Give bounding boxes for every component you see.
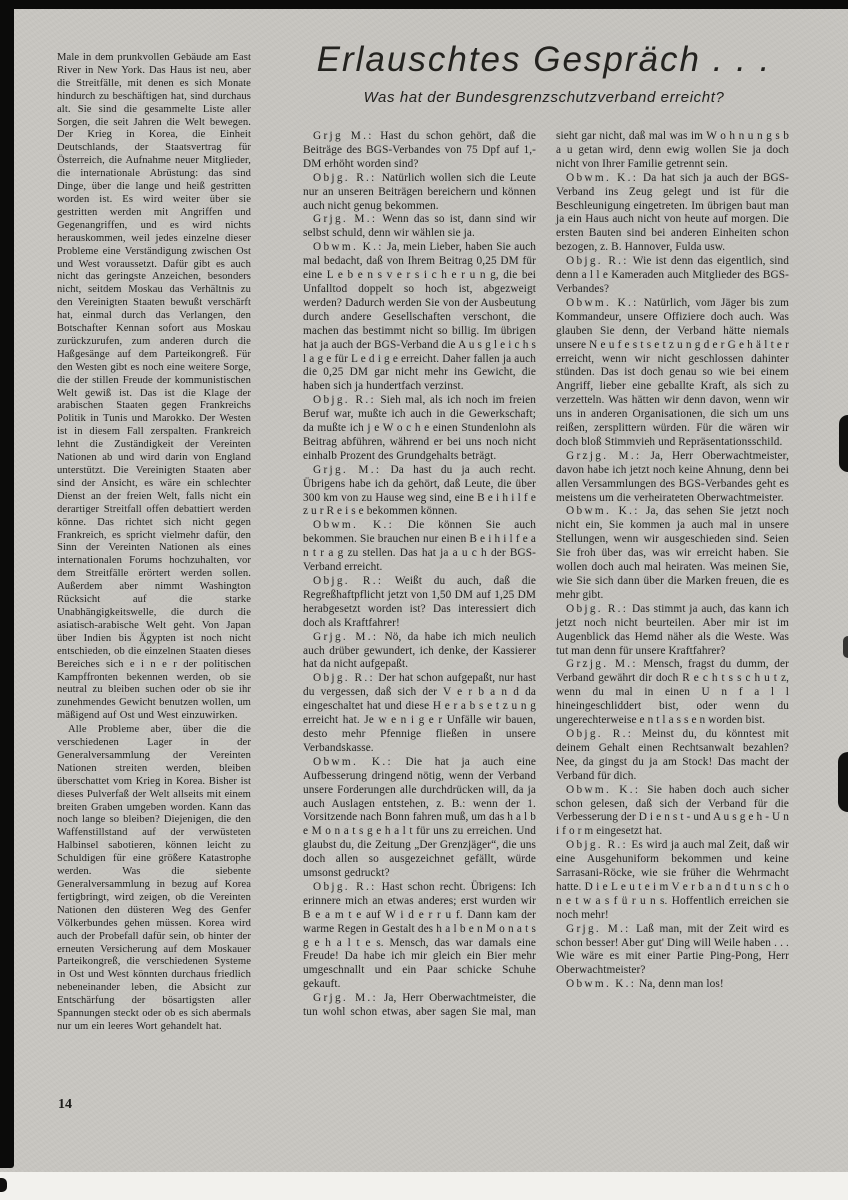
article-paragraph: Male in dem prunkvollen Gebäude am East … <box>57 52 251 723</box>
scan-edge-left <box>0 0 14 1168</box>
dialogue-speaker: Grzjg. M.: <box>566 450 641 462</box>
dialogue-speaker: Objg. R.: <box>313 172 377 184</box>
dialogue-speaker: Obwm. K.: <box>313 241 384 253</box>
dialogue-paragraph: Objg. R.: Das stimmt ja auch, das kann i… <box>556 603 789 659</box>
dialogue-speaker: Obwm. K.: <box>313 519 394 531</box>
dialogue-speaker: Obwm. K.: <box>313 756 393 768</box>
dialogue-speaker: Obwm. K.: <box>566 297 639 309</box>
dialogue-paragraph: Obwm. K.: Die hat ja auch eine Aufbesser… <box>303 756 536 881</box>
scan-binding-mark <box>0 1178 7 1192</box>
left-article-column: Male in dem prunkvollen Gebäude am East … <box>57 52 251 1034</box>
scan-binding-mark <box>838 752 848 812</box>
dialogue-paragraph: Obwm. K.: Die können Sie auch bekommen. … <box>303 519 536 575</box>
dialogue-paragraph: Objg. R.: Es wird ja auch mal Zeit, daß … <box>556 839 789 922</box>
dialogue-speaker: Grjg M.: <box>313 130 374 142</box>
dialogue-speaker: Grjg. M.: <box>313 213 377 225</box>
dialogue-paragraph: Obwm. K.: Na, denn man los! <box>556 978 789 992</box>
dialogue-speaker: Objg. R.: <box>313 575 383 587</box>
dialogue-speaker: Obwm. K.: <box>566 978 636 990</box>
dialogue-text: Der hat schon aufgepaßt, nur hast du ver… <box>303 672 536 754</box>
scan-edge-top <box>0 0 848 9</box>
dialogue-paragraph: Objg. R.: Meinst du, du könntest mit dei… <box>556 728 789 784</box>
dialogue-paragraph: Objg. R.: Sieh mal, als ich noch im frei… <box>303 394 536 464</box>
dialogue-paragraph: Grjg. M.: Wenn das so ist, dann sind wir… <box>303 213 536 241</box>
dialogue-text: Na, denn man los! <box>639 978 724 990</box>
dialogue-paragraph: Obwm. K.: Ja, das sehen Sie jetzt noch n… <box>556 505 789 602</box>
dialogue-paragraph: Grjg. M.: Nö, da habe ich mich neulich a… <box>303 631 536 673</box>
dialogue-paragraph: Objg. R.: Hast schon recht. Übrigens: Ic… <box>303 881 536 992</box>
dialogue-paragraph: Grjg. M.: Laß man, mit der Zeit wird es … <box>556 923 789 979</box>
dialogue-speaker: Objg. R.: <box>566 255 629 267</box>
page-title: Erlauschtes Gespräch . . . <box>298 40 790 80</box>
dialogue-speaker: Grjg. M.: <box>566 923 631 935</box>
dialogue-paragraph: Objg. R.: Wie ist denn das eigentlich, s… <box>556 255 789 297</box>
dialogue-text: Es wird ja auch mal Zeit, daß wir eine A… <box>556 839 789 921</box>
dialogue-text: Ja, mein Lieber, haben Sie auch mal beda… <box>303 241 536 392</box>
dialogue-speaker: Objg. R.: <box>566 603 628 615</box>
dialogue-speaker: Grzjg. M.: <box>566 658 638 670</box>
dialogue-speaker: Objg. R.: <box>313 881 377 893</box>
dialogue-paragraph: Grjg. M.: Da hast du ja auch recht. Übri… <box>303 464 536 520</box>
dialogue-text: Hast schon recht. Übrigens: Ich erinnere… <box>303 881 536 990</box>
dialogue-speaker: Objg. R.: <box>313 672 375 684</box>
article-header: Erlauschtes Gespräch . . . Was hat der B… <box>298 40 790 106</box>
dialogue-paragraph: Grjg M.: Hast du schon gehört, daß die B… <box>303 130 536 172</box>
scanned-magazine-page: Male in dem prunkvollen Gebäude am East … <box>0 0 848 1200</box>
dialogue-speaker: Grjg. M.: <box>313 992 378 1004</box>
dialogue-paragraph: Grzjg. M.: Mensch, fragst du dumm, der V… <box>556 658 789 728</box>
dialogue-speaker: Obwm. K.: <box>566 505 640 517</box>
dialogue-paragraph: Objg. R.: Der hat schon aufgepaßt, nur h… <box>303 672 536 755</box>
dialogue-paragraph: Objg. R.: Natürlich wollen sich die Leut… <box>303 172 536 214</box>
dialogue-speaker: Objg. R.: <box>566 728 633 740</box>
dialogue-paragraph: Obwm. K.: Ja, mein Lieber, haben Sie auc… <box>303 241 536 394</box>
dialogue-text: Die hat ja auch eine Aufbesserung dringe… <box>303 756 536 879</box>
dialogue-columns: Grjg M.: Hast du schon gehört, daß die B… <box>303 130 789 1125</box>
dialogue-text: Natürlich, vom Jäger bis zum Kommandeur,… <box>556 297 789 448</box>
dialogue-text: Ja, das sehen Sie jetzt noch nicht ein, … <box>556 505 789 600</box>
dialogue-speaker: Grjg. M.: <box>313 631 378 643</box>
article-paragraph: Alle Probleme aber, über die die verschi… <box>57 724 251 1034</box>
dialogue-paragraph: Obwm. K.: Sie haben doch auch sicher sch… <box>556 784 789 840</box>
dialogue-paragraph: Grzjg. M.: Ja, Herr Oberwachtmeister, da… <box>556 450 789 506</box>
scan-binding-mark <box>839 415 848 472</box>
dialogue-speaker: Obwm. K.: <box>566 784 640 796</box>
page-subtitle: Was hat der Bundesgrenzschutzverband err… <box>298 89 790 106</box>
dialogue-paragraph: Objg. R.: Weißt du auch, daß die Regreßh… <box>303 575 536 631</box>
page-number: 14 <box>58 1097 72 1113</box>
dialogue-paragraph: Obwm. K.: Da hat sich ja auch der BGS-Ve… <box>556 172 789 255</box>
dialogue-speaker: Objg. R.: <box>566 839 628 851</box>
scan-binding-mark <box>843 636 848 658</box>
dialogue-speaker: Objg. R.: <box>313 394 376 406</box>
dialogue-speaker: Obwm. K.: <box>566 172 638 184</box>
dialogue-paragraph: Obwm. K.: Natürlich, vom Jäger bis zum K… <box>556 297 789 450</box>
dialogue-speaker: Grjg. M.: <box>313 464 381 476</box>
